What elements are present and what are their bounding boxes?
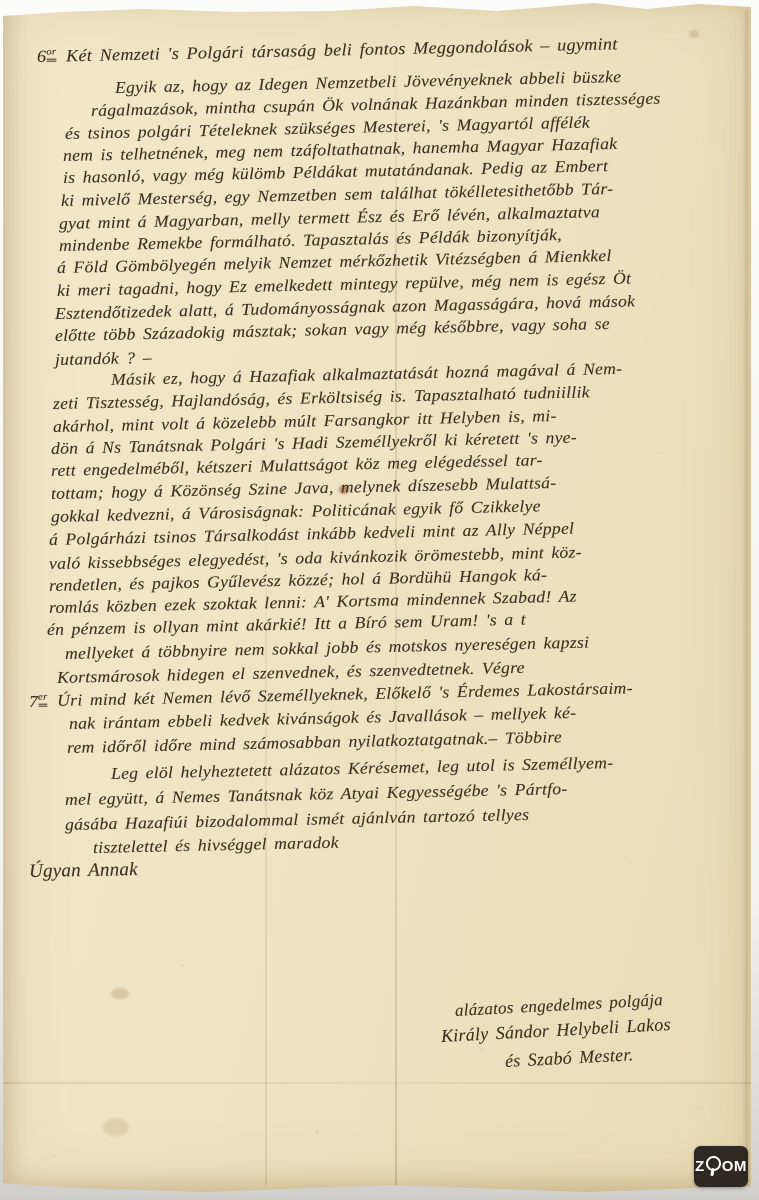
manuscript-line: gásába Hazafiúi bizodalommal ismét ajánl… <box>65 807 530 834</box>
scan-background: 6orKét Nemzeti 's Polgári társaság beli … <box>0 0 759 1200</box>
zoom-watermark: Z OM <box>694 1146 748 1187</box>
manuscript-line: rem időről időre mind számosabban nyilat… <box>67 729 562 756</box>
manuscript-line: alázatos engedelmes polgája <box>455 991 664 1019</box>
manuscript-lines: 6orKét Nemzeti 's Polgári társaság beli … <box>3 0 751 1192</box>
manuscript-line: mel együtt, á Nemes Tanátsnak köz Atyai … <box>65 781 568 808</box>
zoom-watermark-text-om: OM <box>722 1158 747 1175</box>
magnifier-icon <box>706 1156 721 1171</box>
manuscript-line: Leg elöl helyheztetett alázatos Kéréseme… <box>111 755 614 782</box>
margin-number: 6or <box>37 47 57 66</box>
margin-number: 7er <box>29 691 48 710</box>
manuscript-line: tisztelettel és hivséggel maradok <box>93 835 339 857</box>
manuscript-line: Úgyan Annak <box>29 860 138 881</box>
manuscript-line: Király Sándor Helybeli Lakos <box>441 1015 672 1045</box>
manuscript-line: és Szabó Mester. <box>505 1045 634 1070</box>
zoom-watermark-text-z: Z <box>695 1158 705 1175</box>
manuscript-line: én pénzem is ollyan mint akárkié! Itt a … <box>47 612 526 639</box>
manuscript-line: 6orKét Nemzeti 's Polgári társaság beli … <box>37 35 618 65</box>
manuscript-line: jutandók ? – <box>55 350 152 369</box>
manuscript-page: 6orKét Nemzeti 's Polgári társaság beli … <box>3 0 751 1192</box>
